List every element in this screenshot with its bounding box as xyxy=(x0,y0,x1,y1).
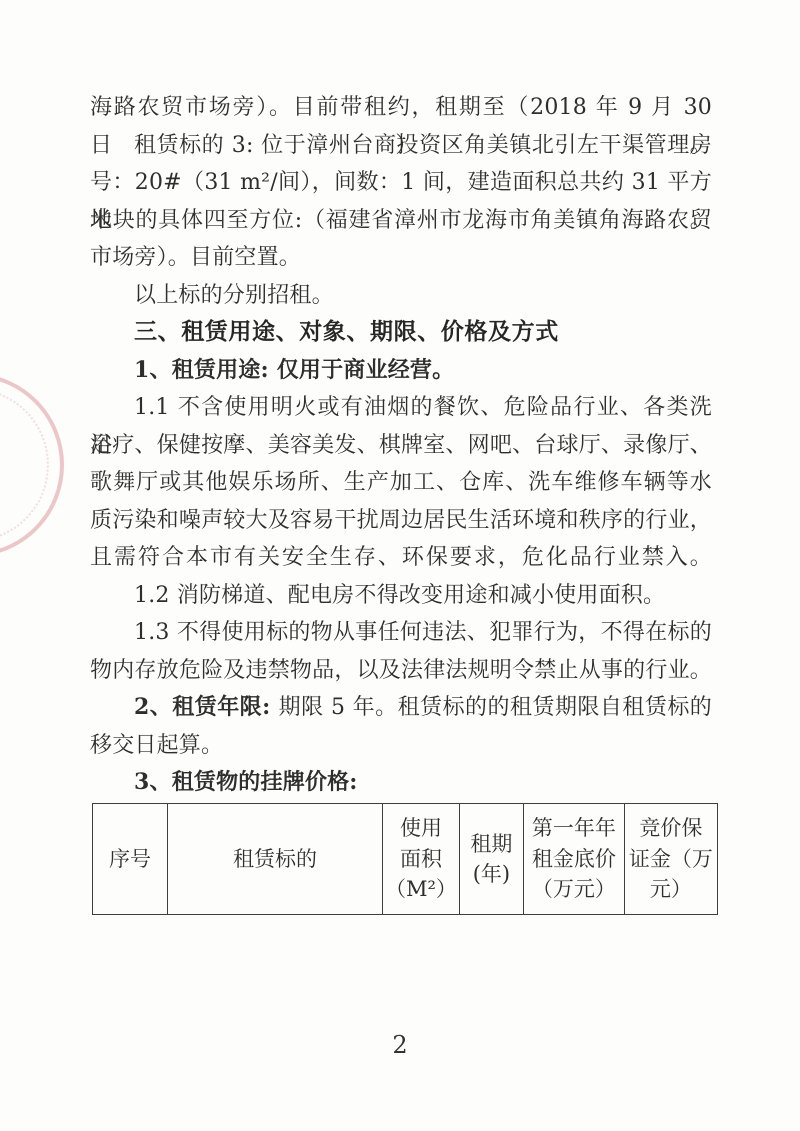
text-line: 物内存放危险及违禁物品，以及法律法规明令禁止从事的行业。 xyxy=(90,652,712,690)
page-number: 2 xyxy=(0,1031,800,1059)
document-page: 海路农贸市场旁）。目前带租约，租期至（2018 年 9 月 30 日）。租赁标的… xyxy=(0,0,800,1131)
text-line: 移交日起算。 xyxy=(90,727,712,765)
text-segment: 足疗、保健按摩、美容美发、棋牌室、网吧、台球厅、录像厅、 xyxy=(90,433,712,458)
price-table-header-cell: 使用面积（M²） xyxy=(383,804,460,915)
text-segment: 以上标的分别招租。 xyxy=(134,283,334,308)
text-line: 号：20#（31 m²/间），间数：1 间，建造面积总共约 31 平方米。 xyxy=(90,164,712,202)
text-segment: 2、租赁年限: xyxy=(134,694,279,720)
text-segment: 租赁标的 3: 位于漳州台商投资区角美镇北引左干渠管理房 xyxy=(134,133,712,158)
text-line: 1.1 不含使用明火或有油烟的餐饮、危险品行业、各类洗浴、 xyxy=(90,389,712,427)
header-cell-line: （万元） xyxy=(532,877,616,901)
text-line: 地块的具体四至方位:（福建省漳州市龙海市角美镇角海路农贸 xyxy=(90,202,712,240)
document-body: 海路农贸市场旁）。目前带租约，租期至（2018 年 9 月 30 日）。租赁标的… xyxy=(90,89,712,802)
text-line: 1.2 消防梯道、配电房不得改变用途和减小使用面积。 xyxy=(90,577,712,615)
header-cell-line: 证金（万 xyxy=(629,847,713,871)
header-cell-line: 租赁标的 xyxy=(233,847,317,871)
price-table-header-cell: 租期(年) xyxy=(459,804,523,915)
red-seal-stamp xyxy=(0,373,64,557)
header-cell-line: (年) xyxy=(473,862,510,886)
text-segment: 移交日起算。 xyxy=(90,733,223,758)
text-segment: 期限 5 年。租赁标的的租赁期限自租赁标的 xyxy=(279,695,712,720)
text-segment: 市场旁）。目前空置。 xyxy=(90,245,301,270)
header-cell-line: 使用 xyxy=(400,816,442,840)
text-segment: 三、租赁用途、对象、期限、价格及方式 xyxy=(134,319,559,345)
text-segment: 物内存放危险及违禁物品，以及法律法规明令禁止从事的行业。 xyxy=(90,658,712,683)
price-table-header-cell: 序号 xyxy=(93,804,168,915)
text-line: 海路农贸市场旁）。目前带租约，租期至（2018 年 9 月 30 日）。 xyxy=(90,89,712,127)
header-cell-line: （M²） xyxy=(385,877,457,901)
text-line: 且需符合本市有关安全生存、环保要求，危化品行业禁入。 xyxy=(90,539,712,577)
text-line: 以上标的分别招租。 xyxy=(90,277,712,315)
header-cell-line: 竞价保 xyxy=(639,816,702,840)
text-segment: 且需符合本市有关安全生存、环保要求，危化品行业禁入。 xyxy=(90,545,712,570)
text-segment: 1、租赁用途: 仅用于商业经营。 xyxy=(134,357,454,383)
text-line: 市场旁）。目前空置。 xyxy=(90,239,712,277)
text-line: 歌舞厅或其他娱乐场所、生产加工、仓库、洗车维修车辆等水 xyxy=(90,464,712,502)
header-cell-line: 元） xyxy=(650,877,692,901)
text-line: 1、租赁用途: 仅用于商业经营。 xyxy=(90,352,712,390)
text-segment: 歌舞厅或其他娱乐场所、生产加工、仓库、洗车维修车辆等水 xyxy=(90,470,712,495)
price-table: 序号租赁标的使用面积（M²）租期(年)第一年年租金底价（万元）竞价保证金（万元） xyxy=(92,803,718,915)
text-line: 1.3 不得使用标的物从事任何违法、犯罪行为，不得在标的 xyxy=(90,614,712,652)
text-line: 足疗、保健按摩、美容美发、棋牌室、网吧、台球厅、录像厅、 xyxy=(90,427,712,465)
section-heading: 三、租赁用途、对象、期限、价格及方式 xyxy=(90,314,712,352)
text-segment: 1.2 消防梯道、配电房不得改变用途和减小使用面积。 xyxy=(134,583,665,608)
price-table-header-cell: 竞价保证金（万元） xyxy=(624,804,717,915)
red-seal-stamp-inner-text xyxy=(0,388,49,542)
text-line: 2、租赁年限: 期限 5 年。租赁标的的租赁期限自租赁标的 xyxy=(90,689,712,727)
header-cell-line: 序号 xyxy=(109,847,151,871)
text-line: 3、租赁物的挂牌价格: xyxy=(90,764,712,802)
text-line: 质污染和噪声较大及容易干扰周边居民生活环境和秩序的行业， xyxy=(90,502,712,540)
price-table-header-cell: 租赁标的 xyxy=(168,804,383,915)
header-cell-line: 面积 xyxy=(400,847,442,871)
text-segment: 1.3 不得使用标的物从事任何违法、犯罪行为，不得在标的 xyxy=(134,620,712,645)
text-line: 租赁标的 3: 位于漳州台商投资区角美镇北引左干渠管理房 xyxy=(90,127,712,165)
text-segment: 质污染和噪声较大及容易干扰周边居民生活环境和秩序的行业， xyxy=(90,508,712,533)
price-table-header-row: 序号租赁标的使用面积（M²）租期(年)第一年年租金底价（万元）竞价保证金（万元） xyxy=(93,804,718,915)
text-segment: 3、租赁物的挂牌价格: xyxy=(134,769,358,795)
text-segment: 地块的具体四至方位:（福建省漳州市龙海市角美镇角海路农贸 xyxy=(90,208,712,233)
header-cell-line: 租期 xyxy=(470,832,512,856)
header-cell-line: 租金底价 xyxy=(532,847,616,871)
price-table-header-cell: 第一年年租金底价（万元） xyxy=(523,804,624,915)
header-cell-line: 第一年年 xyxy=(532,816,616,840)
